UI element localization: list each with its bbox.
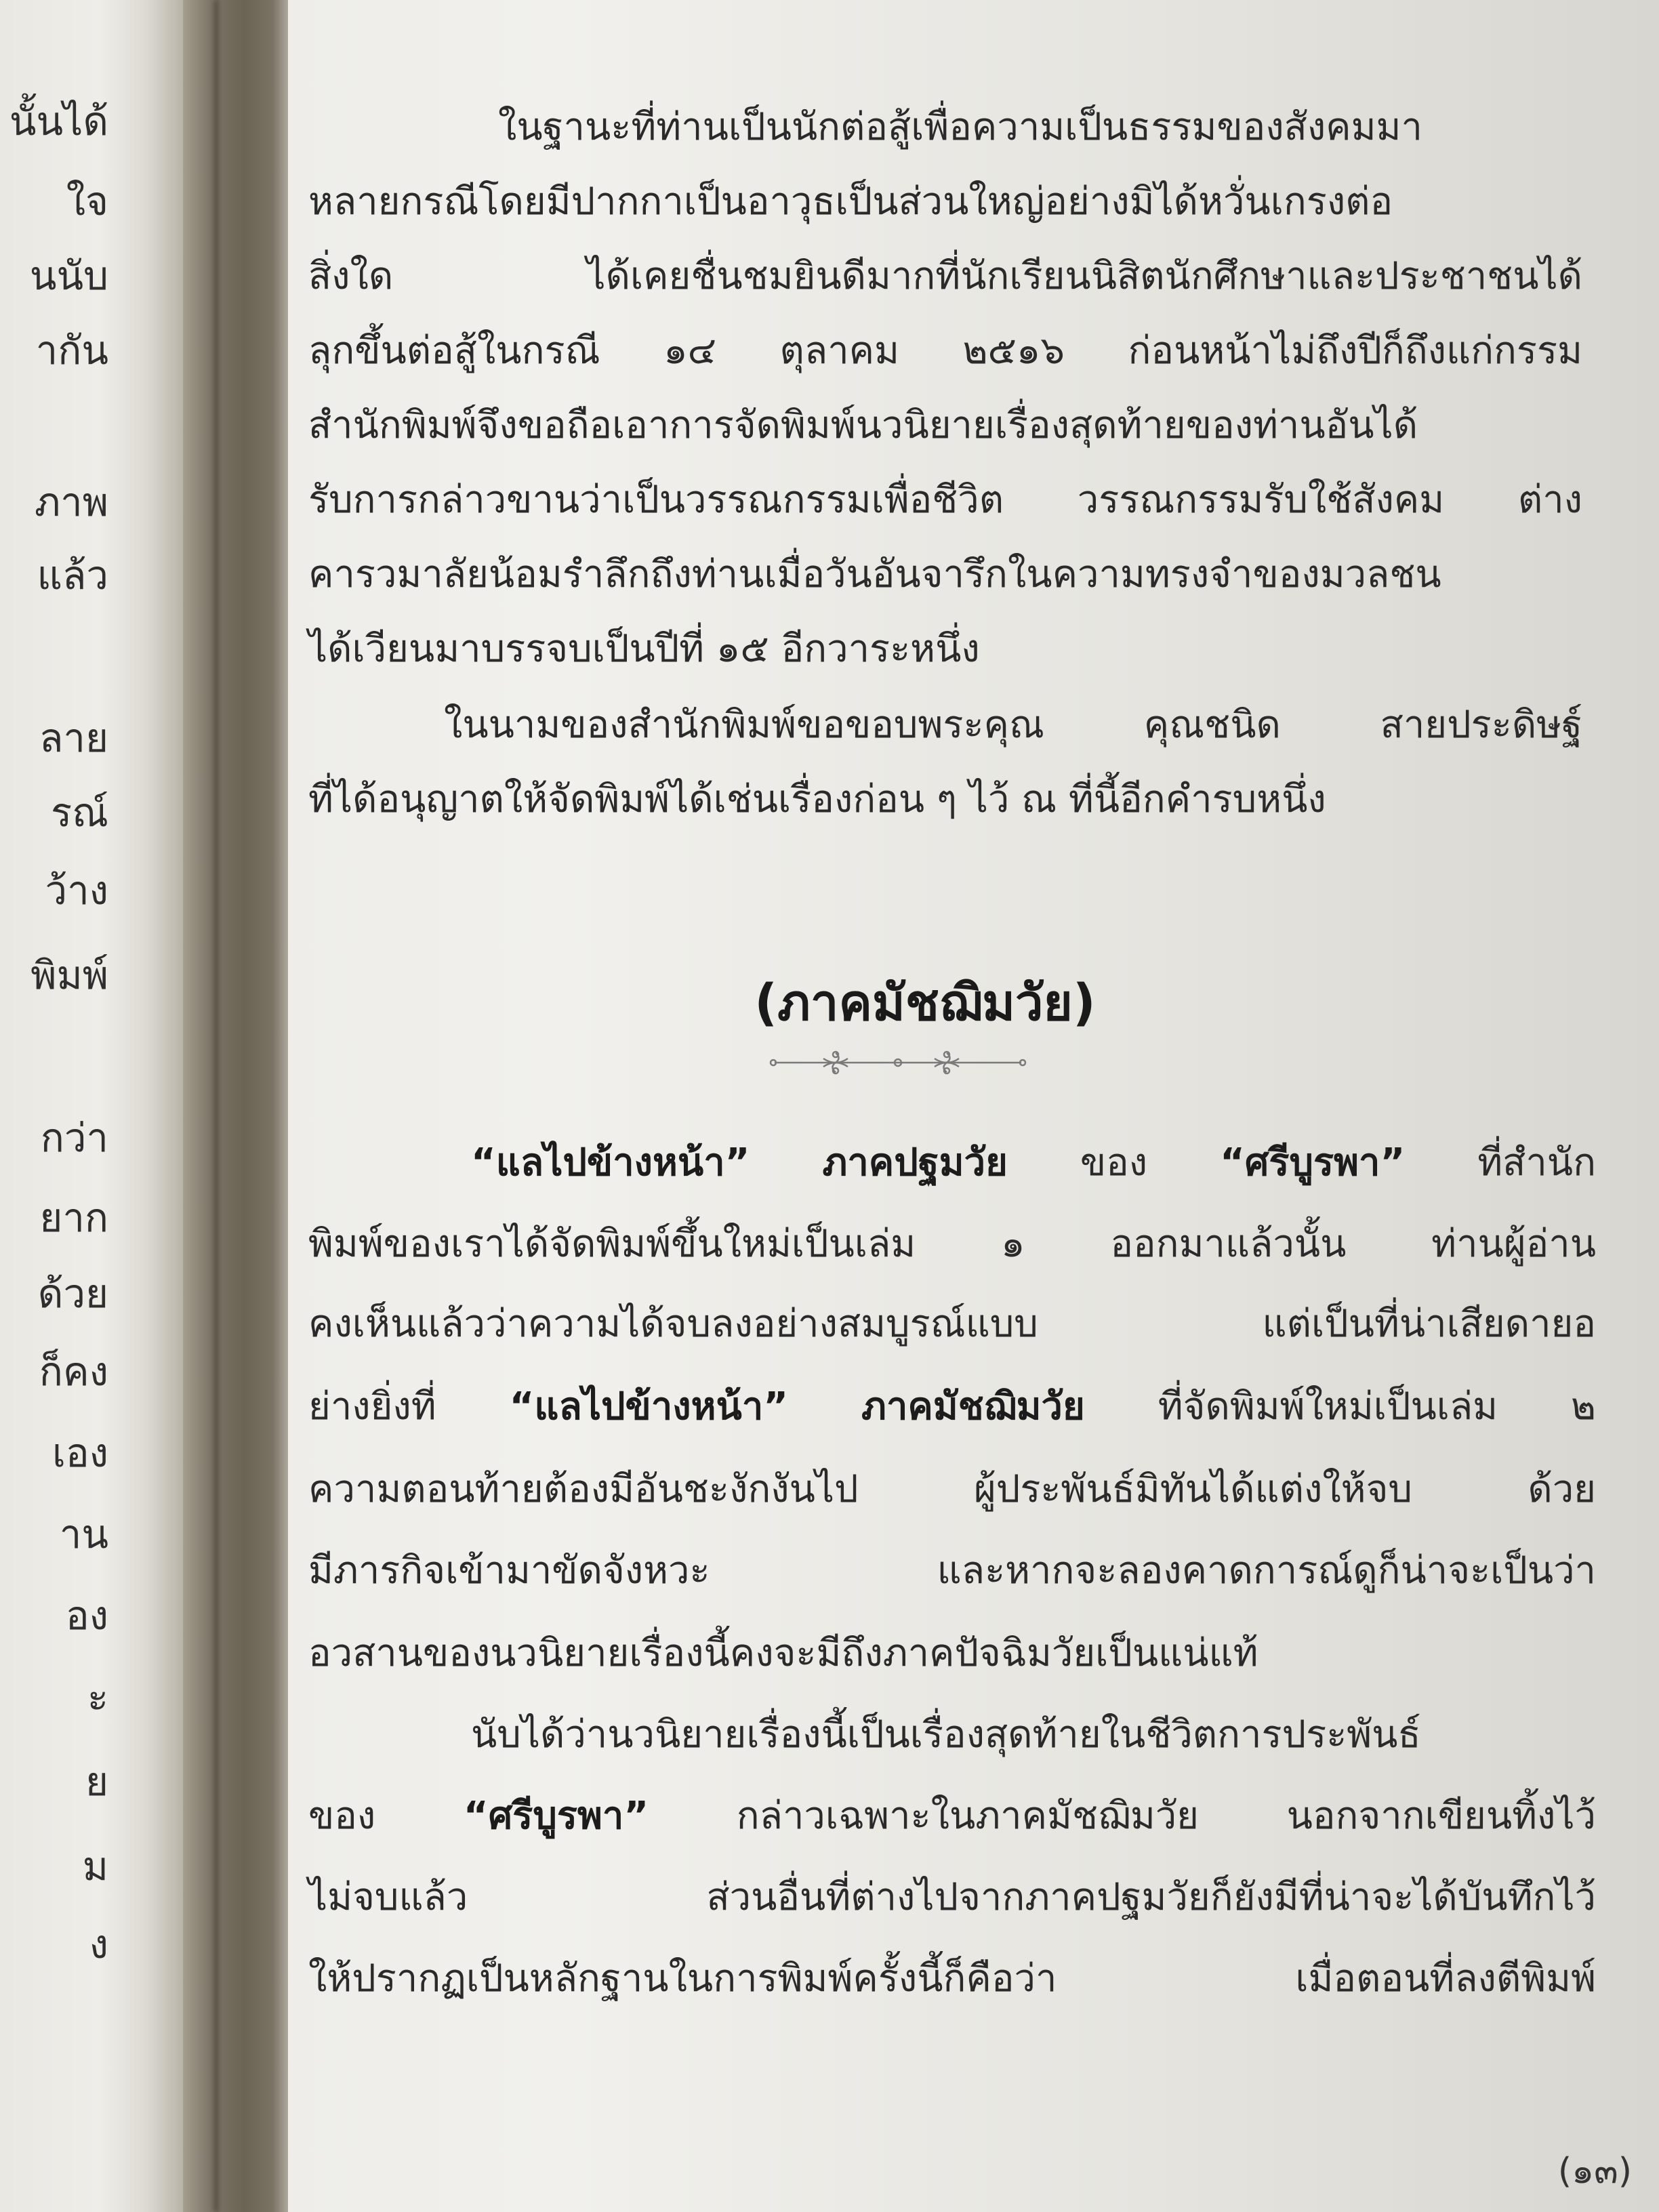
left-page: นั้นได้ใจนนับากันภาพแล้วลายรณ์ว้างพิมพ์ก… (0, 0, 183, 2212)
left-page-line: นั้นได้ (9, 102, 108, 141)
text-span: มีภารกิจเข้ามาขัดจังหวะ และหากจะลองคาดกา… (308, 1549, 1596, 1593)
text-line: ให้ปรากฏเป็นหลักฐานในการพิมพ์ครั้งนี้ก็ค… (308, 1960, 1596, 1998)
text-line: สิ่งใด ได้เคยชื่นชมยินดีมากที่นักเรียนนิ… (308, 258, 1582, 295)
left-page-line: แล้ว (37, 556, 109, 595)
text-line: คารวมาลัยน้อมรำลึกถึงท่านเมื่อวันอันจารึ… (308, 556, 1582, 594)
text-line: รับการกล่าวขานว่าเป็นวรรณกรรมเพื่อชีวิต … (308, 481, 1582, 519)
text-line: ไม่จบแล้ว ส่วนอื่นที่ต่างไปจากภาคปฐมวัยก… (308, 1879, 1596, 1917)
left-page-line: ย (85, 1762, 108, 1801)
text-line: อวสานของนวนิยายเรื่องนี้คงจะมีถึงภาคปัจฉ… (308, 1635, 1596, 1673)
left-page-line: ลาย (39, 718, 108, 758)
left-page-line: ะ (87, 1677, 108, 1717)
text-line: ของ “ศรีบูรพา” กล่าวเฉพาะในภาคมัชฌิมวัย … (308, 1797, 1596, 1835)
text-line: ความตอนท้ายต้องมีอันชะงักงันไป ผู้ประพัน… (308, 1471, 1596, 1509)
text-span: ย่างยิ่งที่ (308, 1385, 510, 1429)
right-page: ในฐานะที่ท่านเป็นนักต่อสู้เพื่อความเป็นธ… (288, 0, 1659, 2212)
page-number: (๑๓) (1558, 2142, 1632, 2198)
text-span: ไม่จบแล้ว ส่วนอื่นที่ต่างไปจากภาคปฐมวัยก… (308, 1875, 1596, 1919)
emphasized-text: “แลไปข้างหน้า” (471, 1141, 750, 1185)
left-page-line: นนับ (30, 256, 108, 295)
text-line: “แลไปข้างหน้า” ภาคปฐมวัย ของ “ศรีบูรพา” … (471, 1144, 1596, 1182)
text-span: กล่าวเฉพาะในภาคมัชฌิมวัย นอกจากเขียนทิ้ง… (649, 1794, 1596, 1838)
text-span: ความตอนท้ายต้องมีอันชะงักงันไป ผู้ประพัน… (308, 1467, 1596, 1511)
text-span: ที่สำนัก (1405, 1141, 1596, 1185)
text-line: นับได้ว่านวนิยายเรื่องนี้เป็นเรื่องสุดท้… (471, 1716, 1596, 1754)
left-page-line: ใจ (66, 182, 108, 221)
text-line: ที่ได้อนุญาตให้จัดพิมพ์ได้เช่นเรื่องก่อน… (308, 781, 1582, 819)
emphasized-text: ภาคมัชฌิมวัย (861, 1385, 1085, 1429)
text-span: พิมพ์ของเราได้จัดพิมพ์ขึ้นใหม่เป็นเล่ม ๑… (308, 1222, 1596, 1266)
text-line: สำนักพิมพ์จึงขอถือเอาการจัดพิมพ์นวนิยายเ… (308, 407, 1582, 445)
left-page-line: ภาพ (35, 483, 108, 522)
left-page-line: ยาก (39, 1198, 108, 1237)
text-span: นับได้ว่านวนิยายเรื่องนี้เป็นเรื่องสุดท้… (471, 1713, 1421, 1757)
emphasized-text: “แลไปข้างหน้า” (510, 1385, 788, 1429)
text-span: ของ (308, 1794, 464, 1838)
left-page-line: พิมพ์ (30, 956, 108, 995)
text-line: หลายกรณีโดยมีปากกาเป็นอาวุธเป็นส่วนใหญ่อ… (308, 183, 1582, 221)
text-line: ในฐานะที่ท่านเป็นนักต่อสู้เพื่อความเป็นธ… (498, 108, 1582, 146)
text-span (750, 1141, 822, 1185)
left-page-line: ว้าง (45, 871, 108, 910)
left-page-line: อง (66, 1596, 108, 1635)
left-page-line: ม (83, 1847, 108, 1886)
text-span (788, 1385, 861, 1429)
left-page-line: ด้วย (38, 1274, 108, 1313)
section-heading: (ภาคมัชฌิมวัย) (288, 962, 1562, 1042)
emphasized-text: “ศรีบูรพา” (1220, 1141, 1405, 1185)
text-line: ในนามของสำนักพิมพ์ขอขอบพระคุณ คุณชนิด สา… (444, 706, 1582, 744)
left-page-line: าน (60, 1515, 108, 1554)
spine-fold (213, 0, 219, 2212)
text-line: มีภารกิจเข้ามาขัดจังหวะ และหากจะลองคาดกา… (308, 1552, 1596, 1590)
text-span: ที่จัดพิมพ์ใหม่เป็นเล่ม ๒ (1085, 1385, 1596, 1429)
ornament-divider-icon (769, 1049, 1027, 1076)
left-page-line: ง (89, 1925, 108, 1964)
text-span: ของ (1008, 1141, 1220, 1185)
text-line: ลุกขึ้นต่อสู้ในกรณี ๑๔ ตุลาคม ๒๕๑๖ ก่อนห… (308, 332, 1582, 370)
book-spine (183, 0, 295, 2212)
left-page-line: ากัน (36, 331, 108, 370)
text-line: ย่างยิ่งที่ “แลไปข้างหน้า” ภาคมัชฌิมวัย … (308, 1388, 1596, 1426)
text-line: พิมพ์ของเราได้จัดพิมพ์ขึ้นใหม่เป็นเล่ม ๑… (308, 1225, 1596, 1263)
left-page-line: ก็คง (39, 1352, 108, 1391)
emphasized-text: “ศรีบูรพา” (464, 1794, 649, 1838)
text-line: คงเห็นแล้วว่าความได้จบลงอย่างสมบูรณ์แบบ … (308, 1305, 1596, 1343)
text-span: ให้ปรากฏเป็นหลักฐานในการพิมพ์ครั้งนี้ก็ค… (308, 1957, 1596, 2001)
left-page-line: เอง (52, 1433, 108, 1473)
emphasized-text: ภาคปฐมวัย (822, 1141, 1007, 1185)
text-span: คงเห็นแล้วว่าความได้จบลงอย่างสมบูรณ์แบบ … (308, 1302, 1596, 1346)
text-span: อวสานของนวนิยายเรื่องนี้คงจะมีถึงภาคปัจฉ… (308, 1631, 1258, 1675)
text-line: ได้เวียนมาบรรจบเป็นปีที่ ๑๕ อีกวาระหนึ่ง (308, 630, 1582, 668)
left-page-line: กว่า (41, 1118, 108, 1158)
left-page-line: รณ์ (51, 793, 108, 832)
